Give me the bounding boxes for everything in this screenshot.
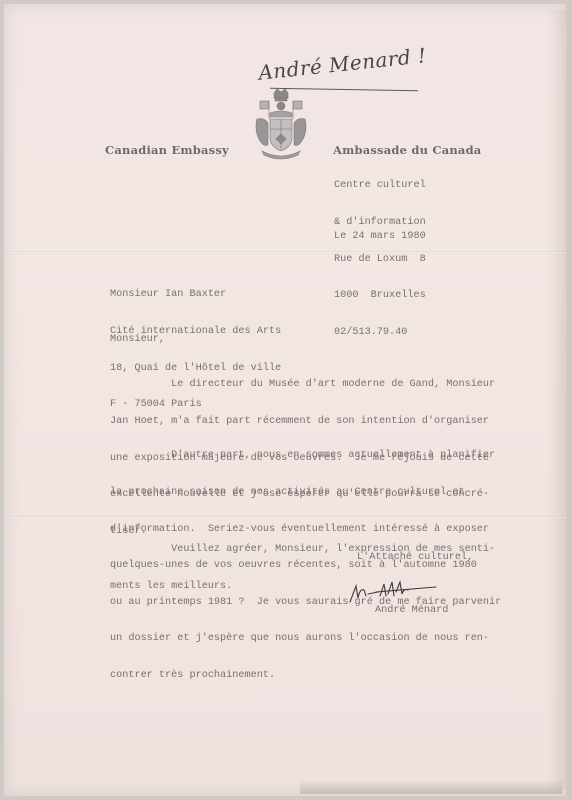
handwritten-signature-icon <box>348 578 440 604</box>
letter-date: Le 24 mars 1980 <box>334 231 426 243</box>
text-line: la prochaine saison de nos activités au … <box>110 487 501 499</box>
salutation: Monsieur, <box>110 334 165 346</box>
letterhead-french-title: Ambassade du Canada <box>333 143 481 157</box>
paper-edge-shadow <box>546 10 566 790</box>
text-line: Le directeur du Musée d'art moderne de G… <box>110 379 495 391</box>
sender-phone: 02/513.79.40 <box>334 327 426 339</box>
text-line: D'autre part, nous en sommes actuellemen… <box>110 450 501 462</box>
sender-address-line: Rue de Loxum 8 <box>334 254 426 266</box>
closing-title: L'Attaché culturel, <box>357 552 473 564</box>
sender-address: Centre culturel & d'information Rue de L… <box>334 156 426 351</box>
text-line: un dossier et j'espère que nous aurons l… <box>110 633 501 645</box>
recipient-line: Monsieur Ian Baxter <box>110 289 281 301</box>
sender-address-line: 1000 Bruxelles <box>334 290 426 302</box>
sender-address-line: & d'information <box>334 217 426 229</box>
fold-crease <box>4 251 566 254</box>
signer-name: André Ménard <box>375 605 448 617</box>
paper-bottom-shadow <box>300 780 562 794</box>
canada-coat-of-arms-icon <box>252 89 310 161</box>
letterhead-english-title: Canadian Embassy <box>105 143 229 157</box>
text-line: contrer très prochainement. <box>110 670 501 682</box>
sender-address-line: Centre culturel <box>334 180 426 192</box>
